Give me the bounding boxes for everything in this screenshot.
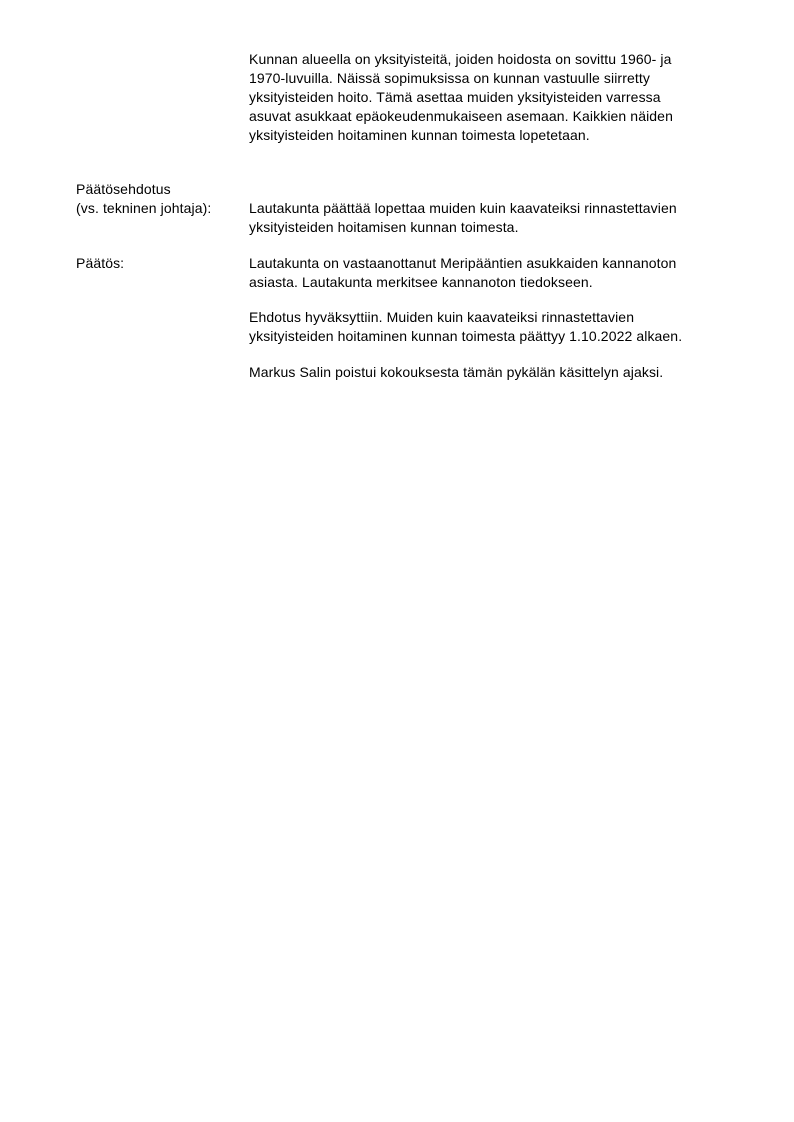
- intro-line: asuvat asukkaat epäokeudenmukaiseen asem…: [249, 107, 673, 126]
- proposal-line: yksityisteiden hoitamisen kunnan toimest…: [249, 218, 519, 237]
- intro-line: yksityisteiden hoitaminen kunnan toimest…: [249, 126, 590, 145]
- decision-line: Lautakunta on vastaanottanut Meripääntie…: [249, 254, 676, 273]
- intro-line: Kunnan alueella on yksityisteitä, joiden…: [249, 50, 672, 69]
- proposal-label: Päätösehdotus: [76, 180, 171, 199]
- intro-line: 1970-luvuilla. Näissä sopimuksissa on ku…: [249, 69, 650, 88]
- decision-line: Markus Salin poistui kokouksesta tämän p…: [249, 363, 663, 382]
- decision-line: asiasta. Lautakunta merkitsee kannanoton…: [249, 273, 593, 292]
- decision-line: Ehdotus hyväksyttiin. Muiden kuin kaavat…: [249, 308, 634, 327]
- intro-line: yksityisteiden hoito. Tämä asettaa muide…: [249, 88, 661, 107]
- proposal-line: Lautakunta päättää lopettaa muiden kuin …: [249, 199, 677, 218]
- decision-label: Päätös:: [76, 254, 124, 273]
- decision-line: yksityisteiden hoitaminen kunnan toimest…: [249, 327, 682, 346]
- proposal-label-presenter: (vs. tekninen johtaja):: [76, 199, 211, 218]
